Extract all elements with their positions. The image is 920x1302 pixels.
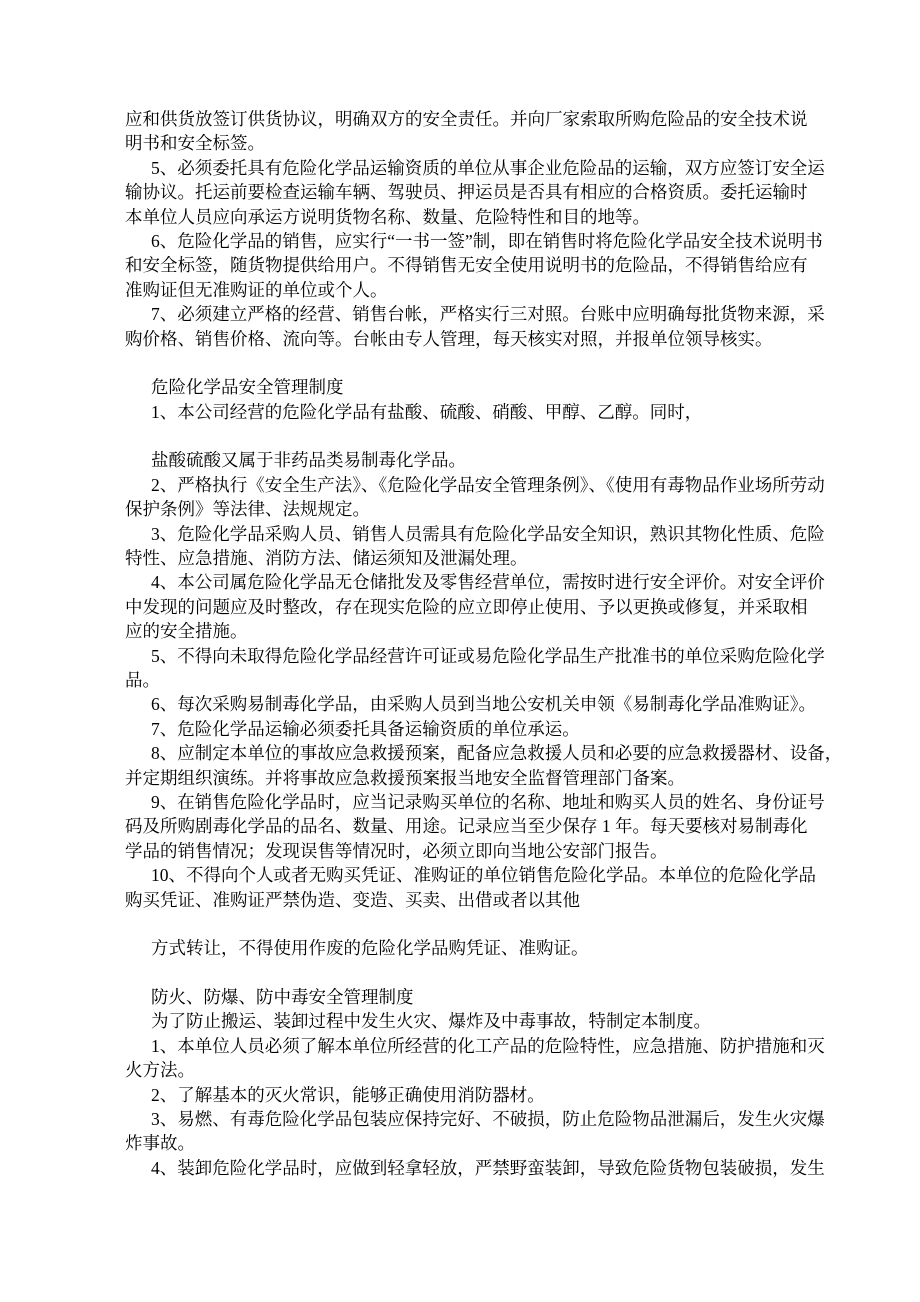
- text-line: 方式转让，不得使用作废的危险化学品购凭证、准购证。: [125, 936, 815, 960]
- text-line: 购买凭证、准购证严禁伪造、变造、买卖、出借或者以其他: [125, 888, 815, 912]
- text-line: 和安全标签，随货物提供给用户。不得销售无安全使用说明书的危险品，不得销售给应有: [125, 253, 815, 277]
- text-line: 应和供货放签订供货协议，明确双方的安全责任。并向厂家索取所购危险品的安全技术说: [125, 107, 815, 131]
- text-line: 2、严格执行《安全生产法》、《危险化学品安全管理条例》、《使用有毒物品作业场所劳…: [125, 473, 815, 497]
- text-line: 7、危险化学品运输必须委托具备运输资质的单位承运。: [125, 717, 815, 741]
- text-line: 明书和安全标签。: [125, 131, 815, 155]
- text-line: 购价格、销售价格、流向等。台帐由专人管理，每天核实对照，并报单位领导核实。: [125, 327, 815, 351]
- text-line: 4、装卸危险化学品时，应做到轻拿轻放，严禁野蛮装卸，导致危险货物包装破损，发生: [125, 1156, 815, 1180]
- document-page: 应和供货放签订供货协议，明确双方的安全责任。并向厂家索取所购危险品的安全技术说明…: [0, 0, 920, 1302]
- text-line: 3、易燃、有毒危险化学品包装应保持完好、不破损，防止危险物品泄漏后，发生火灾爆: [125, 1107, 815, 1131]
- text-line: 品。: [125, 668, 815, 692]
- section-heading: 危险化学品安全管理制度: [125, 375, 815, 399]
- text-line: 为了防止搬运、装卸过程中发生火灾、爆炸及中毒事故，特制定本制度。: [125, 1009, 815, 1033]
- text-line: 特性、应急措施、消防方法、储运须知及泄漏处理。: [125, 546, 815, 570]
- blank-line: [125, 912, 815, 936]
- text-line: 3、危险化学品采购人员、销售人员需具有危险化学品安全知识，熟识其物化性质、危险: [125, 522, 815, 546]
- text-line: 8、应制定本单位的事故应急救援预案，配备应急救援人员和必要的应急救援器材、设备，: [125, 741, 815, 765]
- text-line: 应的安全措施。: [125, 619, 815, 643]
- text-line: 炸事故。: [125, 1131, 815, 1155]
- text-line: 火方法。: [125, 1058, 815, 1082]
- text-line: 5、不得向未取得危险化学品经营许可证或易危险化学品生产批准书的单位采购危险化学: [125, 644, 815, 668]
- text-line: 6、每次采购易制毒化学品，由采购人员到当地公安机关申领《易制毒化学品准购证》。: [125, 692, 815, 716]
- blank-line: [125, 351, 815, 375]
- text-line: 1、本公司经营的危险化学品有盐酸、硫酸、硝酸、甲醇、乙醇。同时，: [125, 400, 815, 424]
- text-line: 4、本公司属危险化学品无仓储批发及零售经营单位，需按时进行安全评价。对安全评价: [125, 570, 815, 594]
- text-line: 1、本单位人员必须了解本单位所经营的化工产品的危险特性，应急措施、防护措施和灭: [125, 1034, 815, 1058]
- text-line: 盐酸硫酸又属于非药品类易制毒化学品。: [125, 448, 815, 472]
- text-line: 7、必须建立严格的经营、销售台帐，严格实行三对照。台账中应明确每批货物来源，采: [125, 302, 815, 326]
- text-line: 10、不得向个人或者无购买凭证、准购证的单位销售危险化学品。本单位的危险化学品: [125, 863, 815, 887]
- text-line: 并定期组织演练。并将事故应急救援预案报当地安全监督管理部门备案。: [125, 766, 815, 790]
- text-line: 中发现的问题应及时整改，存在现实危险的应立即停止使用、予以更换或修复，并采取相: [125, 595, 815, 619]
- text-line: 2、了解基本的灭火常识，能够正确使用消防器材。: [125, 1083, 815, 1107]
- section-heading: 防火、防爆、防中毒安全管理制度: [125, 985, 815, 1009]
- document-text-block: 应和供货放签订供货协议，明确双方的安全责任。并向厂家索取所购危险品的安全技术说明…: [125, 107, 815, 1180]
- text-line: 5、必须委托具有危险化学品运输资质的单位从事企业危险品的运输，双方应签订安全运: [125, 156, 815, 180]
- text-line: 准购证但无准购证的单位或个人。: [125, 278, 815, 302]
- text-line: 学品的销售情况；发现误售等情况时，必须立即向当地公安部门报告。: [125, 839, 815, 863]
- text-line: 保护条例》等法律、法规规定。: [125, 497, 815, 521]
- text-line: 9、在销售危险化学品时，应当记录购买单位的名称、地址和购买人员的姓名、身份证号: [125, 790, 815, 814]
- text-line: 码及所购剧毒化学品的品名、数量、用途。记录应当至少保存 1 年。每天要核对易制毒…: [125, 814, 815, 838]
- blank-line: [125, 424, 815, 448]
- text-line: 输协议。托运前要检查运输车辆、驾驶员、押运员是否具有相应的合格资质。委托运输时: [125, 180, 815, 204]
- blank-line: [125, 961, 815, 985]
- text-line: 6、危险化学品的销售，应实行“一书一签”制，即在销售时将危险化学品安全技术说明书: [125, 229, 815, 253]
- text-line: 本单位人员应向承运方说明货物名称、数量、危险特性和目的地等。: [125, 205, 815, 229]
